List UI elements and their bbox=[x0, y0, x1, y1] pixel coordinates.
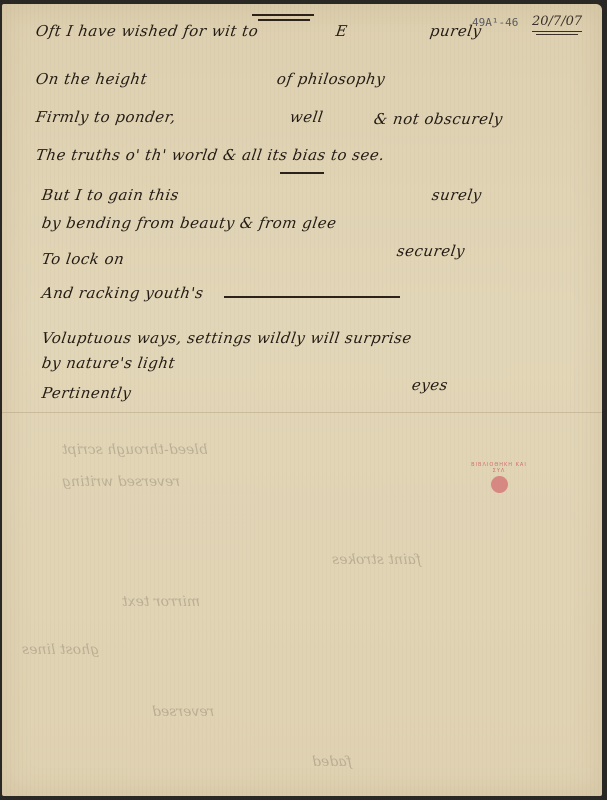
library-stamp: ΒΙΒΛΙΟΘΗΚΗ ΚΑΙ ΣΥΛ bbox=[464, 462, 534, 512]
handwritten-line: The truths o' th' world & all its bias t… bbox=[35, 146, 386, 164]
bleed-through-text: ghost lines bbox=[22, 642, 99, 658]
handwritten-line: Firmly to ponder, bbox=[35, 108, 178, 126]
date-annotation: 20/7/07 bbox=[532, 14, 582, 32]
bleed-through-text: reversed writing bbox=[62, 474, 180, 490]
bleed-through-text: mirror text bbox=[122, 594, 200, 610]
bleed-through-text: reversed bbox=[152, 704, 214, 720]
handwritten-line: well bbox=[289, 108, 325, 126]
handwritten-line: by bending from beauty & from glee bbox=[41, 214, 338, 232]
handwritten-line: E bbox=[335, 22, 349, 40]
handwritten-line: by nature's light bbox=[41, 354, 177, 372]
stamp-text: ΒΙΒΛΙΟΘΗΚΗ ΚΑΙ ΣΥΛ bbox=[464, 462, 534, 474]
handwritten-line: On the height bbox=[35, 70, 149, 88]
handwritten-line: Voluptuous ways, settings wildly will su… bbox=[41, 329, 413, 347]
handwritten-line: Oft I have wished for wit to bbox=[35, 22, 260, 40]
stamp-seal bbox=[491, 476, 508, 493]
separator-dash bbox=[280, 172, 324, 174]
handwritten-line: of philosophy bbox=[276, 70, 387, 88]
fold-crease bbox=[2, 412, 602, 413]
handwritten-line: purely bbox=[429, 22, 483, 40]
manuscript-page: 49A¹-46 20/7/07 Oft I have wished for wi… bbox=[2, 4, 602, 796]
top-flourish-2 bbox=[258, 19, 310, 21]
handwritten-line: But I to gain this bbox=[41, 186, 180, 204]
bleed-through-text: faint strokes bbox=[332, 552, 421, 568]
handwritten-line: surely bbox=[431, 186, 483, 204]
handwritten-line: Pertinently bbox=[41, 384, 133, 402]
handwritten-line: And racking youth's bbox=[41, 284, 205, 302]
handwritten-line: To lock on bbox=[41, 250, 126, 268]
handwritten-line: & not obscurely bbox=[373, 110, 504, 128]
underline-rule bbox=[224, 296, 400, 298]
handwritten-line: eyes bbox=[411, 376, 449, 394]
top-flourish bbox=[252, 14, 314, 16]
handwritten-line: securely bbox=[396, 242, 466, 260]
bleed-through-text: bleed-through script bbox=[62, 442, 208, 458]
bleed-through-text: faded bbox=[312, 754, 352, 770]
